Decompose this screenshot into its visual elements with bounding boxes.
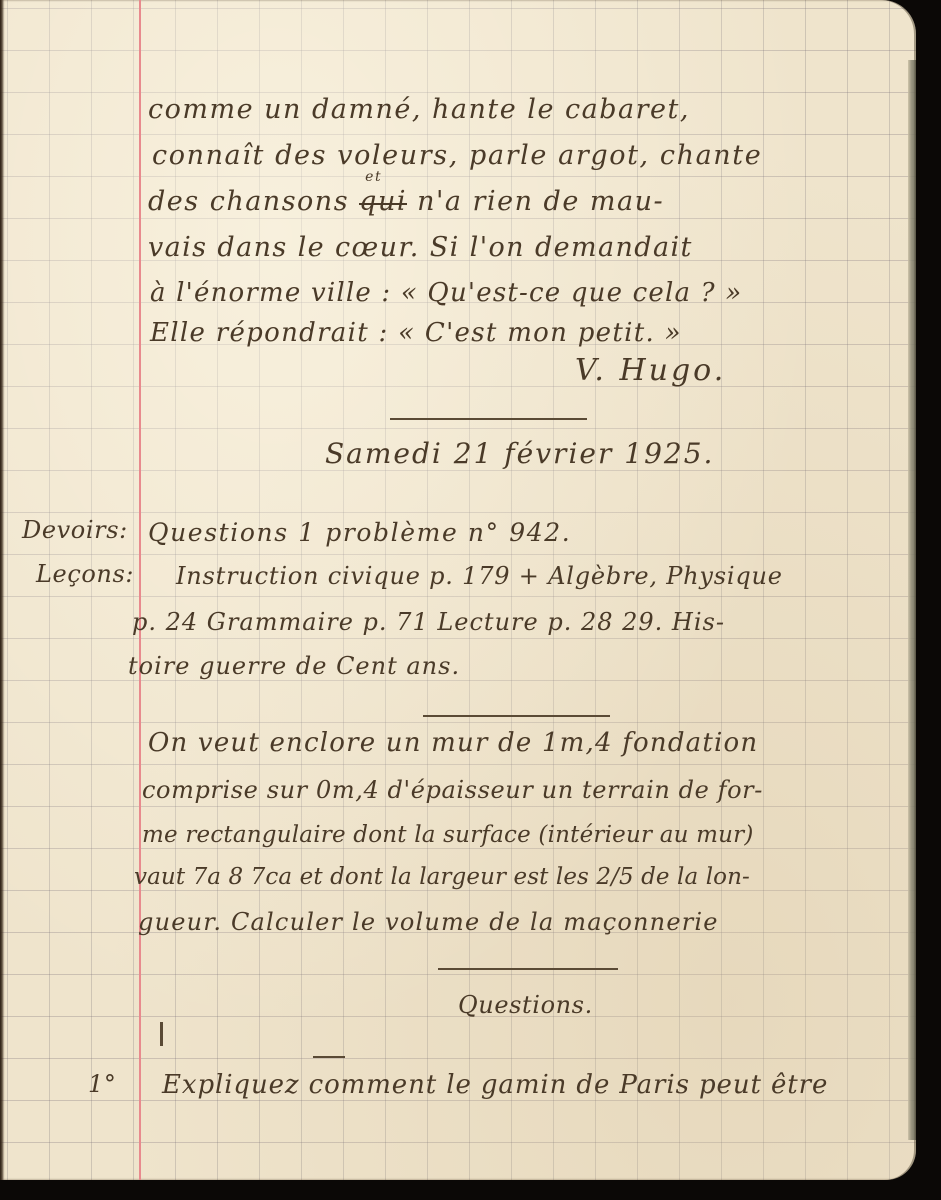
pen-mark — [160, 1022, 163, 1046]
question-1-text: Expliquez comment le gamin de Paris peut… — [162, 1072, 828, 1098]
quote-line-3-end: n'a rien de mau- — [417, 186, 664, 217]
quote-line-5: à l'énorme ville : « Qu'est-ce que cela … — [150, 280, 742, 306]
background-bottom — [0, 1180, 941, 1200]
separator-rule-3 — [438, 968, 618, 970]
questions-heading: Questions. — [458, 993, 593, 1017]
margin-line — [139, 0, 141, 1180]
quote-line-3: des chansons quiet n'a rien de mau- — [148, 188, 664, 215]
quote-line-2: connaît des voleurs, parle argot, chante — [152, 142, 762, 169]
inserted-word: et — [365, 170, 382, 184]
quote-line-6: Elle répondrait : « C'est mon petit. » — [150, 320, 682, 346]
date-heading: Samedi 21 février 1925. — [325, 440, 714, 468]
page-edge — [908, 60, 916, 1140]
separator-rule-4 — [313, 1056, 345, 1058]
notebook-page: comme un damné, hante le cabaret, connaî… — [0, 0, 916, 1180]
question-1-number: 1° — [88, 1072, 116, 1096]
lecons-line-3: toire guerre de Cent ans. — [128, 654, 460, 678]
problem-line-2: comprise sur 0m,4 d'épaisseur un terrain… — [142, 778, 763, 802]
problem-line-3: me rectangulaire dont la surface (intéri… — [142, 824, 754, 847]
struck-word-text: qui — [359, 186, 407, 217]
page-binding-edge — [0, 0, 4, 1180]
problem-line-1: On veut enclore un mur de 1m,4 fondation — [148, 730, 758, 756]
devoirs-text: Questions 1 problème n° 942. — [148, 520, 571, 545]
separator-rule-2 — [423, 715, 610, 717]
problem-line-5: gueur. Calculer le volume de la maçonner… — [138, 910, 719, 934]
separator-rule-1 — [390, 418, 587, 420]
lecons-line-1: Instruction civique p. 179 + Algèbre, Ph… — [176, 564, 783, 588]
quote-author: V. Hugo. — [575, 356, 726, 386]
quote-line-1: comme un damné, hante le cabaret, — [148, 96, 690, 123]
struck-word: quiet — [359, 186, 407, 217]
lecons-line-2: p. 24 Grammaire p. 71 Lecture p. 28 29. … — [132, 610, 725, 634]
quote-line-3-start: des chansons — [148, 186, 349, 217]
lecons-label: Leçons: — [36, 562, 134, 586]
quote-line-4: vais dans le cœur. Si l'on demandait — [148, 234, 693, 261]
problem-line-4: vaut 7a 8 7ca et dont la largeur est les… — [134, 866, 750, 889]
devoirs-label: Devoirs: — [22, 518, 128, 542]
